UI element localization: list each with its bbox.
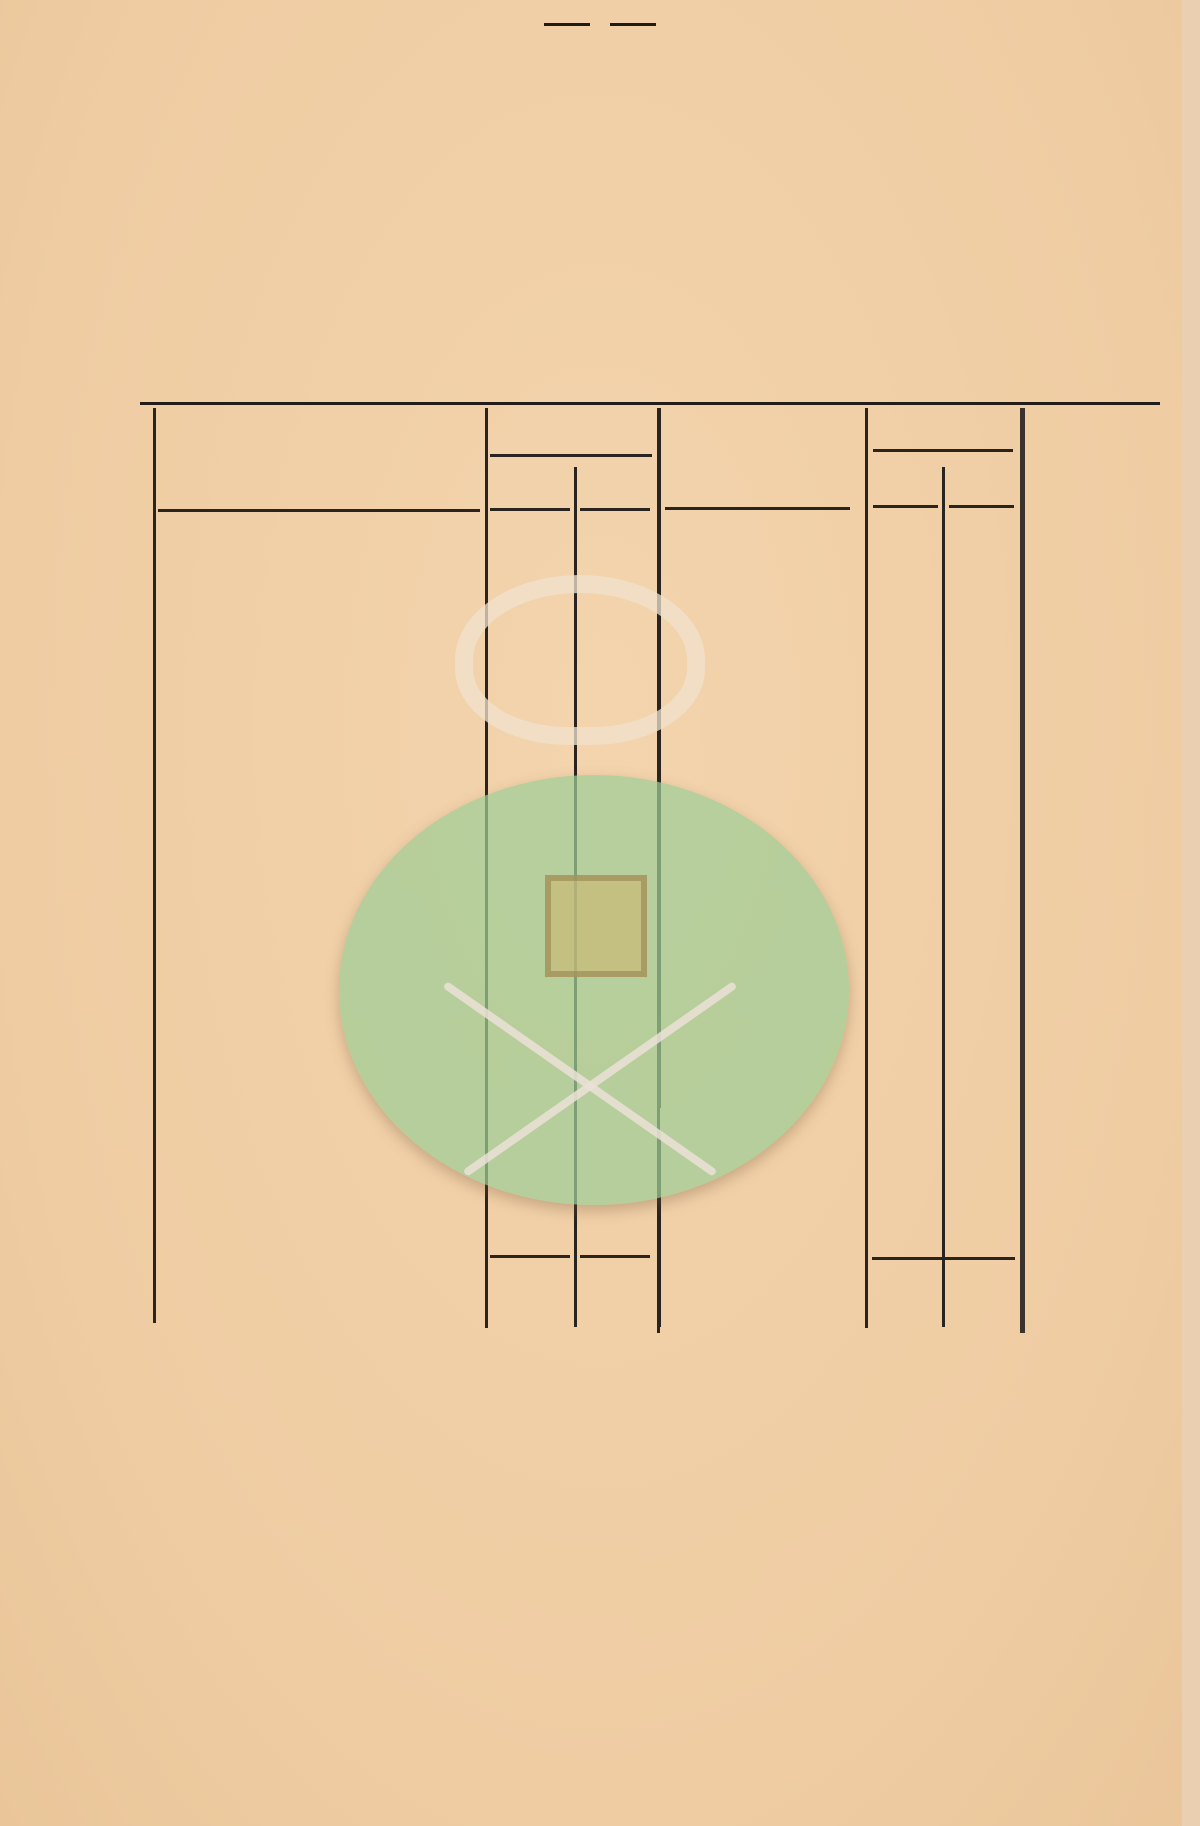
vline bbox=[153, 408, 156, 1323]
left-panel bbox=[140, 402, 655, 1327]
hline bbox=[490, 454, 652, 457]
contributions-table bbox=[140, 402, 1170, 1327]
hline bbox=[158, 509, 480, 512]
hline bbox=[490, 508, 570, 511]
dash-right bbox=[610, 23, 656, 26]
hline bbox=[580, 508, 650, 511]
vline bbox=[485, 408, 488, 1328]
vline bbox=[942, 467, 945, 1327]
total-rule bbox=[490, 1255, 570, 1258]
hline bbox=[873, 505, 938, 508]
total-rule bbox=[872, 1257, 952, 1260]
left-total-millime bbox=[578, 1264, 652, 1324]
vline bbox=[1020, 408, 1025, 1333]
vline bbox=[865, 408, 868, 1328]
vline bbox=[657, 408, 660, 1333]
hline bbox=[873, 449, 1013, 452]
right-panel bbox=[655, 402, 1170, 1327]
hline bbox=[665, 507, 850, 510]
vline bbox=[574, 467, 577, 1327]
page-number bbox=[0, 6, 1200, 41]
page-edge bbox=[1182, 0, 1200, 1826]
hline bbox=[949, 505, 1014, 508]
total-rule bbox=[950, 1257, 1015, 1260]
left-total-pound bbox=[490, 1264, 570, 1324]
total-rule bbox=[580, 1255, 650, 1258]
dash-left bbox=[544, 23, 590, 26]
left-total-row bbox=[140, 1264, 1170, 1324]
